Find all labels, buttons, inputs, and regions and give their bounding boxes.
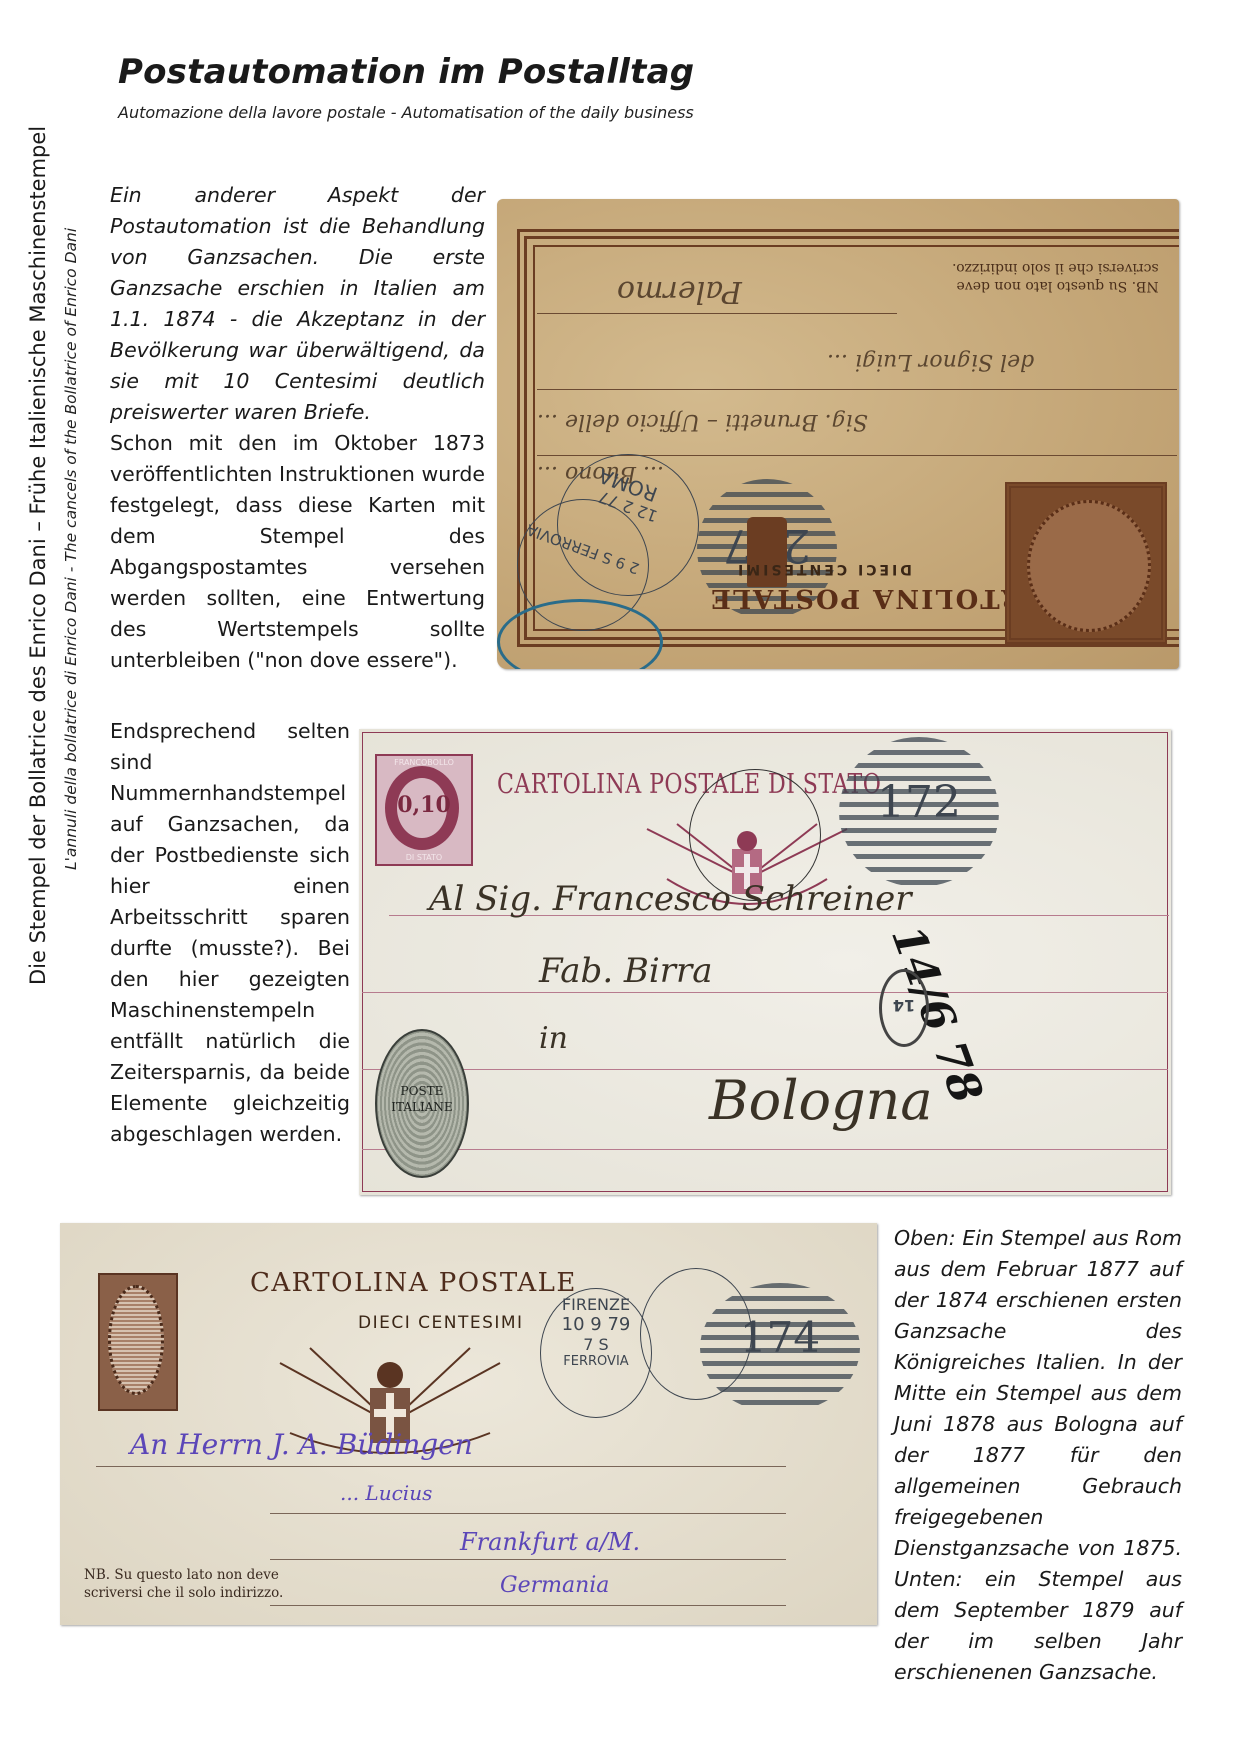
printed-title: CARTOLINA POSTALE	[250, 1268, 577, 1298]
page-title: Postautomation im Postalltag	[118, 52, 694, 92]
handwriting-line2: ... Lucius	[340, 1481, 432, 1505]
address-line	[270, 1513, 786, 1514]
intro-regular: Schon mit den im Oktober 1873 veröffentl…	[110, 428, 485, 676]
handwriting-line: Sig. Brunetti – Ufficio delle ...	[537, 409, 868, 434]
address-line	[96, 1466, 786, 1467]
value-text: DIECI CENTESIMI	[735, 561, 912, 577]
value-text: DIECI CENTESIMI	[358, 1313, 524, 1333]
address-line	[537, 313, 897, 314]
rarity-text: Endsprechend selten sind Nummernhandstem…	[110, 716, 350, 1150]
postcard-firenze-1879: CARTOLINA POSTALE DIECI CENTESIMI FIRENZ…	[60, 1223, 877, 1625]
address-line	[362, 1149, 1168, 1150]
handwriting-city: Frankfurt a/M.	[460, 1528, 640, 1556]
side-titles: Die Stempel der Bollatrice des Enrico Da…	[0, 0, 110, 1000]
handwriting-addressee: An Herrn J. A. Büdingen	[130, 1428, 473, 1461]
imprinted-stamp-umberto	[98, 1273, 178, 1411]
poste-italiane-oval-stamp: POSTE ITALIANE	[375, 1029, 469, 1178]
address-line	[362, 992, 1168, 993]
address-line	[537, 389, 1177, 390]
page-subtitle: Automazione della lavore postale - Autom…	[118, 103, 694, 122]
number-cancel-172: 172	[839, 737, 999, 887]
side-title-main: Die Stempel der Bollatrice des Enrico Da…	[26, 126, 50, 985]
postmark-firenze: FIRENZE 10 9 79 7 S FERROVIA	[540, 1288, 652, 1418]
handwriting-company: Fab. Birra	[539, 951, 713, 991]
caption-text: Oben: Ein Stempel aus Rom aus dem Februa…	[894, 1223, 1182, 1688]
handwriting-line: del Signor Luigi ...	[827, 349, 1034, 374]
intro-text: Ein anderer Aspekt der Postautomation is…	[110, 180, 485, 676]
printed-title: CARTOLINA POSTALE DI STATO	[497, 769, 881, 800]
side-title-sub: L'annuli della bollatrice di Enrico Dani…	[62, 228, 80, 870]
handwriting-country: Germania	[500, 1573, 609, 1598]
number-cancel-174: 174	[700, 1283, 860, 1413]
intro-italic: Ein anderer Aspekt der Postautomation is…	[110, 180, 485, 428]
card-nb-note: NB. Su questo lato non deve scriversi ch…	[952, 259, 1159, 295]
card-nb-note: NB. Su questo lato non deve scriversi ch…	[84, 1566, 283, 1602]
imprinted-stamp	[1005, 482, 1167, 644]
oval-mark-14: 14	[879, 969, 929, 1047]
postcard-rome-1877: NB. Su questo lato non deve scriversi ch…	[497, 199, 1179, 669]
imprinted-stamp-0-10: 0,10 FRANCOBOLLO DI STATO	[375, 754, 473, 866]
handwriting-in: in	[539, 1021, 568, 1056]
handwriting-addressee: Al Sig. Francesco Schreiner	[429, 879, 911, 919]
address-line	[270, 1559, 786, 1560]
postcard-bologna-1878: 0,10 FRANCOBOLLO DI STATO CARTOLINA POST…	[359, 729, 1171, 1195]
handwriting-line: Palermo	[617, 274, 742, 309]
address-line	[270, 1605, 786, 1606]
handwriting-city: Bologna	[709, 1069, 933, 1132]
